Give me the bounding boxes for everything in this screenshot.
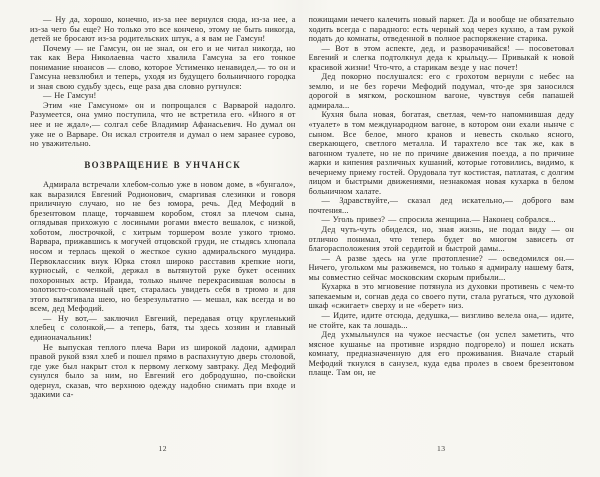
page-right: пожищами нечего калечить новый паркет. Д… (309, 15, 575, 477)
page-number-left: 12 (30, 444, 296, 453)
chapter-heading: ВОЗВРАЩЕНИЕ В УНЧАНСК (30, 161, 296, 171)
paragraph: Дед ухмыльнулся на чужое несчастье (он у… (309, 330, 575, 378)
page-left-text-block: — Ну да, хорошо, конечно, из-за нее верн… (30, 15, 296, 439)
paragraph: — Идите, идите отсюда, дедушка,— визглив… (309, 311, 575, 330)
paragraph: Дед покорно послушался: его с грохотом в… (309, 72, 575, 110)
paragraph: Кухня была новая, богатая, светлая, чем-… (309, 110, 575, 196)
paragraph: Адмирала встречали хлебом-солью уже в но… (30, 180, 296, 314)
paragraph: — А разве здесь на угле протопление? — о… (309, 254, 575, 283)
paragraph: — Уголь привез? — спросила женщина.— Нак… (309, 215, 575, 225)
paragraph-continuation: пожищами нечего калечить новый паркет. Д… (309, 15, 575, 44)
paragraph: — Ну да, хорошо, конечно, из-за нее верн… (30, 15, 296, 44)
page-left: — Ну да, хорошо, конечно, из-за нее верн… (30, 15, 296, 477)
paragraph: — Не Гамсун! (30, 91, 296, 101)
paragraph: Кухарка в это мгновение потянула из духо… (309, 282, 575, 311)
paragraph: Этим «не Гамсуном» он и попрощался с Вар… (30, 101, 296, 149)
paragraph: Дед чуть-чуть обиделся, но, зная жизнь, … (309, 225, 575, 254)
book-spread: — Ну да, хорошо, конечно, из-за нее верн… (0, 0, 600, 477)
paragraph: Не выпуская теплого плеча Вари из широко… (30, 343, 296, 400)
paragraph: — Вот в этом аспекте, дед, и разворачива… (309, 44, 575, 73)
paragraph: — Ну вот,— заключил Евгений, передавая о… (30, 314, 296, 343)
page-number-right: 13 (309, 444, 575, 453)
page-right-text-block: пожищами нечего калечить новый паркет. Д… (309, 15, 575, 439)
paragraph: Почему — не Гамсун, он не знал, он его и… (30, 44, 296, 92)
paragraph: — Здравствуйте,— сказал дед искательно,—… (309, 196, 575, 215)
